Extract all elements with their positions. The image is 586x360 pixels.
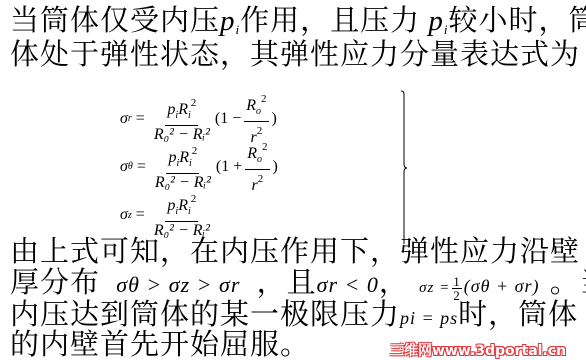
- var-pi: pi: [220, 5, 240, 37]
- paragraph2-line1: 由上式可知，在内压作用下，弹性应力沿壁: [10, 235, 580, 267]
- right-brace-icon: [400, 90, 408, 245]
- limit-pressure: pi = ps: [400, 308, 458, 328]
- text: 当筒体仅受内压: [10, 3, 220, 37]
- watermark: 三维网www.3dportal.cn: [390, 340, 566, 360]
- text: 作用，且压力: [240, 3, 420, 37]
- sigma-z-relation: σz =12(σθ + σr): [419, 280, 539, 296]
- paragraph2-line4: 的内壁首先开始屈服。: [10, 328, 310, 360]
- paragraph1-line2: 体处于弹性状态，其弹性应力分量表达式为: [10, 38, 580, 70]
- var-pi: pi: [420, 5, 448, 37]
- text: 较小时，筒: [449, 3, 586, 37]
- equation-sigma-z: σz = piRi2R₀² − Rᵢ²: [120, 190, 215, 240]
- condition: σr < 0: [317, 272, 379, 297]
- equation-sigma-theta: σθ = piRi2R₀² − Rᵢ² (1 + Ro2r2 ): [120, 138, 278, 195]
- inequality: σθ > σz > σr: [116, 272, 240, 297]
